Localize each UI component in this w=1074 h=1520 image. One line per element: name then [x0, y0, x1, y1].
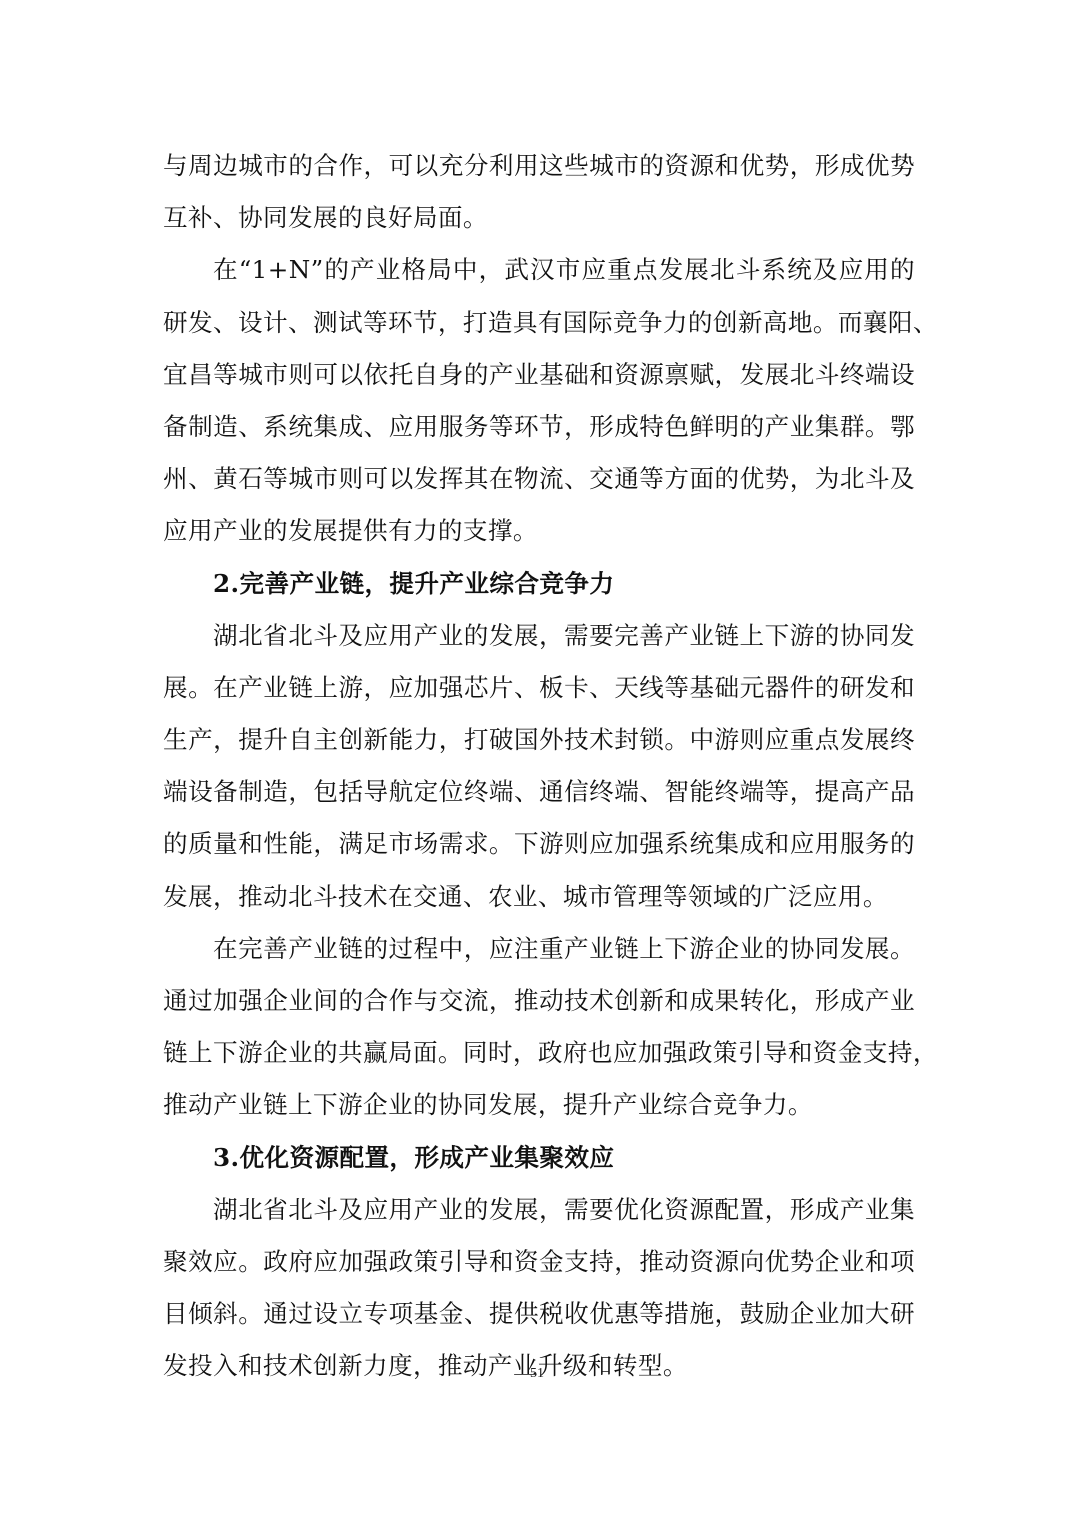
document-page: 与周边城市的合作，可以充分利用这些城市的资源和优势，形成优势 互补、协同发展的良…	[163, 140, 915, 1393]
text-line: 聚效应。政府应加强政策引导和资金支持，推动资源向优势企业和项	[163, 1236, 915, 1288]
section-heading-2: 2.完善产业链，提升产业综合竞争力	[163, 558, 915, 610]
paragraph-1n-industry-layout: 在“1+N”的产业格局中，武汉市应重点发展北斗系统及应用的 研发、设计、测试等环…	[163, 244, 915, 557]
text-line: 端设备制造，包括导航定位终端、通信终端、智能终端等，提高产品	[163, 766, 915, 818]
text-line: 通过加强企业间的合作与交流，推动技术创新和成果转化，形成产业	[163, 975, 915, 1027]
text-line: 应用产业的发展提供有力的支撑。	[163, 505, 915, 557]
text-line: 备制造、系统集成、应用服务等环节，形成特色鲜明的产业集群。鄂	[163, 401, 915, 453]
text-line: 发展，推动北斗技术在交通、农业、城市管理等领域的广泛应用。	[163, 871, 915, 923]
text-line: 州、黄石等城市则可以发挥其在物流、交通等方面的优势，为北斗及	[163, 453, 915, 505]
text-line: 目倾斜。通过设立专项基金、提供税收优惠等措施，鼓励企业加大研	[163, 1288, 915, 1340]
text-line: 在“1+N”的产业格局中，武汉市应重点发展北斗系统及应用的	[163, 244, 915, 296]
text-line: 展。在产业链上游，应加强芯片、板卡、天线等基础元器件的研发和	[163, 662, 915, 714]
text-line: 链上下游企业的共赢局面。同时，政府也应加强政策引导和资金支持，	[163, 1027, 915, 1079]
text-line: 与周边城市的合作，可以充分利用这些城市的资源和优势，形成优势	[163, 140, 915, 192]
text-line: 在完善产业链的过程中，应注重产业链上下游企业的协同发展。	[163, 923, 915, 975]
page-number: 51	[0, 1366, 1074, 1382]
paragraph-continued: 与周边城市的合作，可以充分利用这些城市的资源和优势，形成优势 互补、协同发展的良…	[163, 140, 915, 244]
text-line: 生产，提升自主创新能力，打破国外技术封锁。中游则应重点发展终	[163, 714, 915, 766]
text-line: 的质量和性能，满足市场需求。下游则应加强系统集成和应用服务的	[163, 818, 915, 870]
paragraph-chain-collaboration: 在完善产业链的过程中，应注重产业链上下游企业的协同发展。 通过加强企业间的合作与…	[163, 923, 915, 1132]
section-heading-3: 3.优化资源配置，形成产业集聚效应	[163, 1132, 915, 1184]
text-line: 湖北省北斗及应用产业的发展，需要完善产业链上下游的协同发	[163, 610, 915, 662]
text-line: 宜昌等城市则可以依托自身的产业基础和资源禀赋，发展北斗终端设	[163, 349, 915, 401]
paragraph-industry-chain: 湖北省北斗及应用产业的发展，需要完善产业链上下游的协同发 展。在产业链上游，应加…	[163, 610, 915, 923]
text-line: 湖北省北斗及应用产业的发展，需要优化资源配置，形成产业集	[163, 1184, 915, 1236]
paragraph-resource-allocation: 湖北省北斗及应用产业的发展，需要优化资源配置，形成产业集 聚效应。政府应加强政策…	[163, 1184, 915, 1393]
text-line: 互补、协同发展的良好局面。	[163, 192, 915, 244]
text-line: 推动产业链上下游企业的协同发展，提升产业综合竞争力。	[163, 1079, 915, 1131]
text-line: 研发、设计、测试等环节，打造具有国际竞争力的创新高地。而襄阳、	[163, 297, 915, 349]
